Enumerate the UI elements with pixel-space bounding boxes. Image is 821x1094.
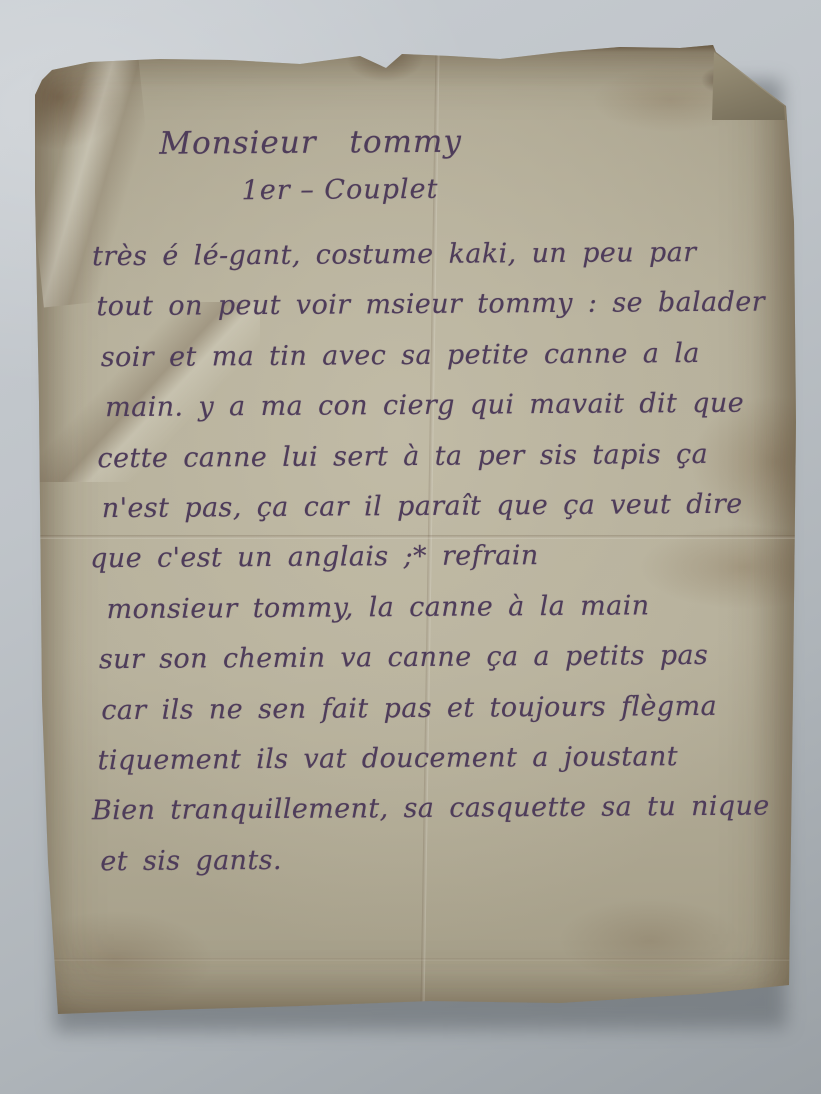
letter-line: cette canne lui sert à ta per sis tapis … — [89, 429, 779, 484]
letter-paper: Monsieur tommy 1er – Couplet très é lé-g… — [30, 42, 796, 1018]
letter-line: Bien tranquillement, sa casquette sa tu … — [92, 782, 782, 837]
letter-line: tiquement ils vat doucement a joustant — [91, 731, 781, 786]
letter-line: main. y a ma con cierg qui mavait dit qu… — [89, 379, 779, 434]
letter-line: monsieur tommy, la canne à la main — [90, 580, 780, 635]
letter-line: et sis gants. — [92, 832, 782, 887]
letter-heading: Monsieur tommy — [159, 124, 462, 162]
photo-canvas: Monsieur tommy 1er – Couplet très é lé-g… — [0, 0, 821, 1094]
letter-line: sur son chemin va canne ça a petits pas — [91, 631, 781, 686]
letter-line: n'est pas, ça car il paraît que ça veut … — [90, 479, 780, 534]
letter-line: très é lé-gant, costume kaki, un peu par — [88, 227, 778, 282]
letter-line: soir et ma tin avec sa petite canne a la — [89, 328, 779, 383]
letter-line: tout on peut voir msieur tommy : se bala… — [88, 278, 778, 333]
letter-line: que c'est un anglais ;* refrain — [90, 530, 780, 585]
letter-line: car ils ne sen fait pas et toujours flèg… — [91, 681, 781, 736]
letter-body: très é lé-gant, costume kaki, un peu par… — [88, 227, 783, 887]
letter-text: Monsieur tommy 1er – Couplet très é lé-g… — [27, 39, 800, 1020]
letter-subheading: 1er – Couplet — [242, 174, 439, 206]
